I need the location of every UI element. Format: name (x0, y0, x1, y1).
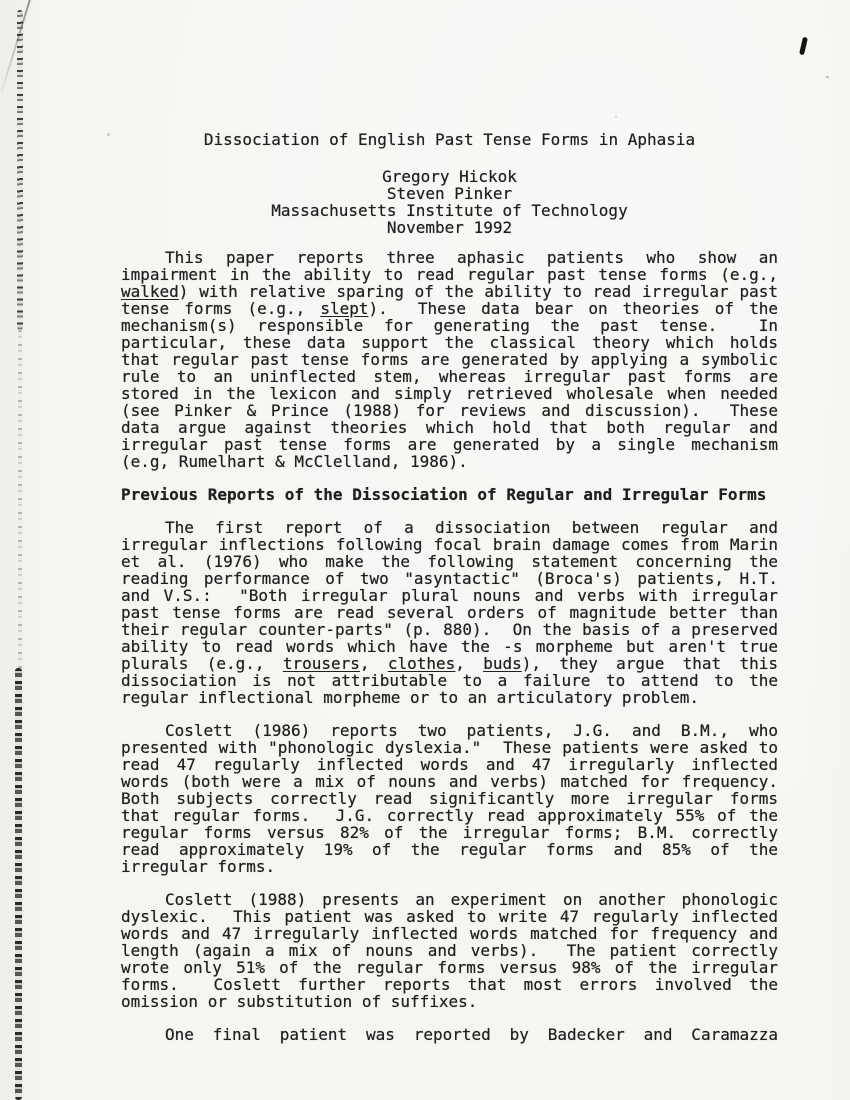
paragraph: The first report of a dissociation betwe… (121, 519, 778, 706)
text-line: (e.g, Rumelhart & McClelland, 1986). (121, 453, 778, 470)
text-line: stored in the lexicon and simply retriev… (121, 385, 778, 402)
text-line: dyslexic. This patient was asked to writ… (121, 908, 778, 925)
text-line: tense forms (e.g., slept). These data be… (121, 300, 778, 317)
text-line: walked) with relative sparing of the abi… (121, 283, 778, 300)
text-line: One final patient was reported by Badeck… (121, 1026, 778, 1043)
text-line: regular forms versus 82% of the irregula… (121, 824, 778, 841)
text-line: dissociation is not attributable to a fa… (121, 672, 778, 689)
paragraph: This paper reports three aphasic patient… (121, 249, 778, 470)
text-line: presented with "phonologic dyslexia." Th… (121, 739, 778, 756)
text-line: length (again a mix of nouns and verbs).… (121, 942, 778, 959)
text-line: impairment in the ability to read regula… (121, 266, 778, 283)
text-line: rule to an uninflected stem, whereas irr… (121, 368, 778, 385)
text-line: omission or substitution of suffixes. (121, 993, 778, 1010)
author-name: Steven Pinker (121, 185, 778, 202)
text-run: (e.g, Rumelhart & McClelland, 1986). (121, 452, 468, 471)
paper-speck (826, 76, 829, 78)
text-line: The first report of a dissociation betwe… (121, 519, 778, 536)
handwritten-page-number-mark (799, 37, 808, 56)
document-content: Dissociation of English Past Tense Forms… (121, 131, 778, 1043)
text-line: read 47 regularly inflected words and 47… (121, 756, 778, 773)
text-line: read approximately 19% of the regular fo… (121, 841, 778, 858)
byline: Gregory Hickok Steven Pinker Massachuset… (121, 168, 778, 236)
text-line: their regular counter-parts" (p. 880). O… (121, 621, 778, 638)
text-line: irregular forms. (121, 858, 778, 875)
text-run: irregular forms. (121, 857, 275, 876)
text-run: One final patient was reported by Badeck… (165, 1025, 778, 1044)
text-line: et al. (1976) who make the following sta… (121, 553, 778, 570)
text-line: reading performance of two "asyntactic" … (121, 570, 778, 587)
text-line: that regular forms. J.G. correctly read … (121, 807, 778, 824)
text-line: This paper reports three aphasic patient… (121, 249, 778, 266)
scanned-paper-page: { "document": { "page_mark": "1", "title… (0, 0, 850, 1100)
edge-smudge-top (17, 10, 23, 330)
text-line: irregular inflections following focal br… (121, 536, 778, 553)
page-background: Dissociation of English Past Tense Forms… (0, 0, 850, 1100)
author-name: Gregory Hickok (121, 168, 778, 185)
text-line: words and 47 irregularly inflected words… (121, 925, 778, 942)
text-line: particular, these data support the class… (121, 334, 778, 351)
section-heading: Previous Reports of the Dissociation of … (121, 486, 778, 503)
text-line: past tense forms are read several orders… (121, 604, 778, 621)
document-body: This paper reports three aphasic patient… (121, 249, 778, 1043)
text-line: that regular past tense forms are genera… (121, 351, 778, 368)
text-run: regular inflectional morpheme or to an a… (121, 688, 699, 707)
text-line: forms. Coslett further reports that most… (121, 976, 778, 993)
text-line: ability to read words which have the -s … (121, 638, 778, 655)
date: November 1992 (121, 219, 778, 236)
text-run: omission or substitution of suffixes. (121, 992, 477, 1011)
text-line: Both subjects correctly read significant… (121, 790, 778, 807)
text-line: wrote only 51% of the regular forms vers… (121, 959, 778, 976)
text-line: (see Pinker & Prince (1988) for reviews … (121, 402, 778, 419)
text-line: words (both were a mix of nouns and verb… (121, 773, 778, 790)
paper-speck (107, 133, 110, 136)
paper-speck (615, 116, 617, 118)
paragraph: Coslett (1986) reports two patients, J.G… (121, 722, 778, 875)
text-line: plurals (e.g., trousers, clothes, buds),… (121, 655, 778, 672)
edge-smudge-middle (18, 330, 22, 670)
affiliation: Massachusetts Institute of Technology (121, 202, 778, 219)
text-line: mechanism(s) responsible for generating … (121, 317, 778, 334)
edge-smudge-bottom (15, 668, 22, 1100)
text-line: irregular past tense forms are generated… (121, 436, 778, 453)
text-line: data argue against theories which hold t… (121, 419, 778, 436)
paragraph: Coslett (1988) presents an experiment on… (121, 891, 778, 1010)
text-line: regular inflectional morpheme or to an a… (121, 689, 778, 706)
paragraph: One final patient was reported by Badeck… (121, 1026, 778, 1043)
paper-title: Dissociation of English Past Tense Forms… (121, 131, 778, 148)
text-line: Coslett (1988) presents an experiment on… (121, 891, 778, 908)
text-line: and V.S.: "Both irregular plural nouns a… (121, 587, 778, 604)
text-line: Coslett (1986) reports two patients, J.G… (121, 722, 778, 739)
